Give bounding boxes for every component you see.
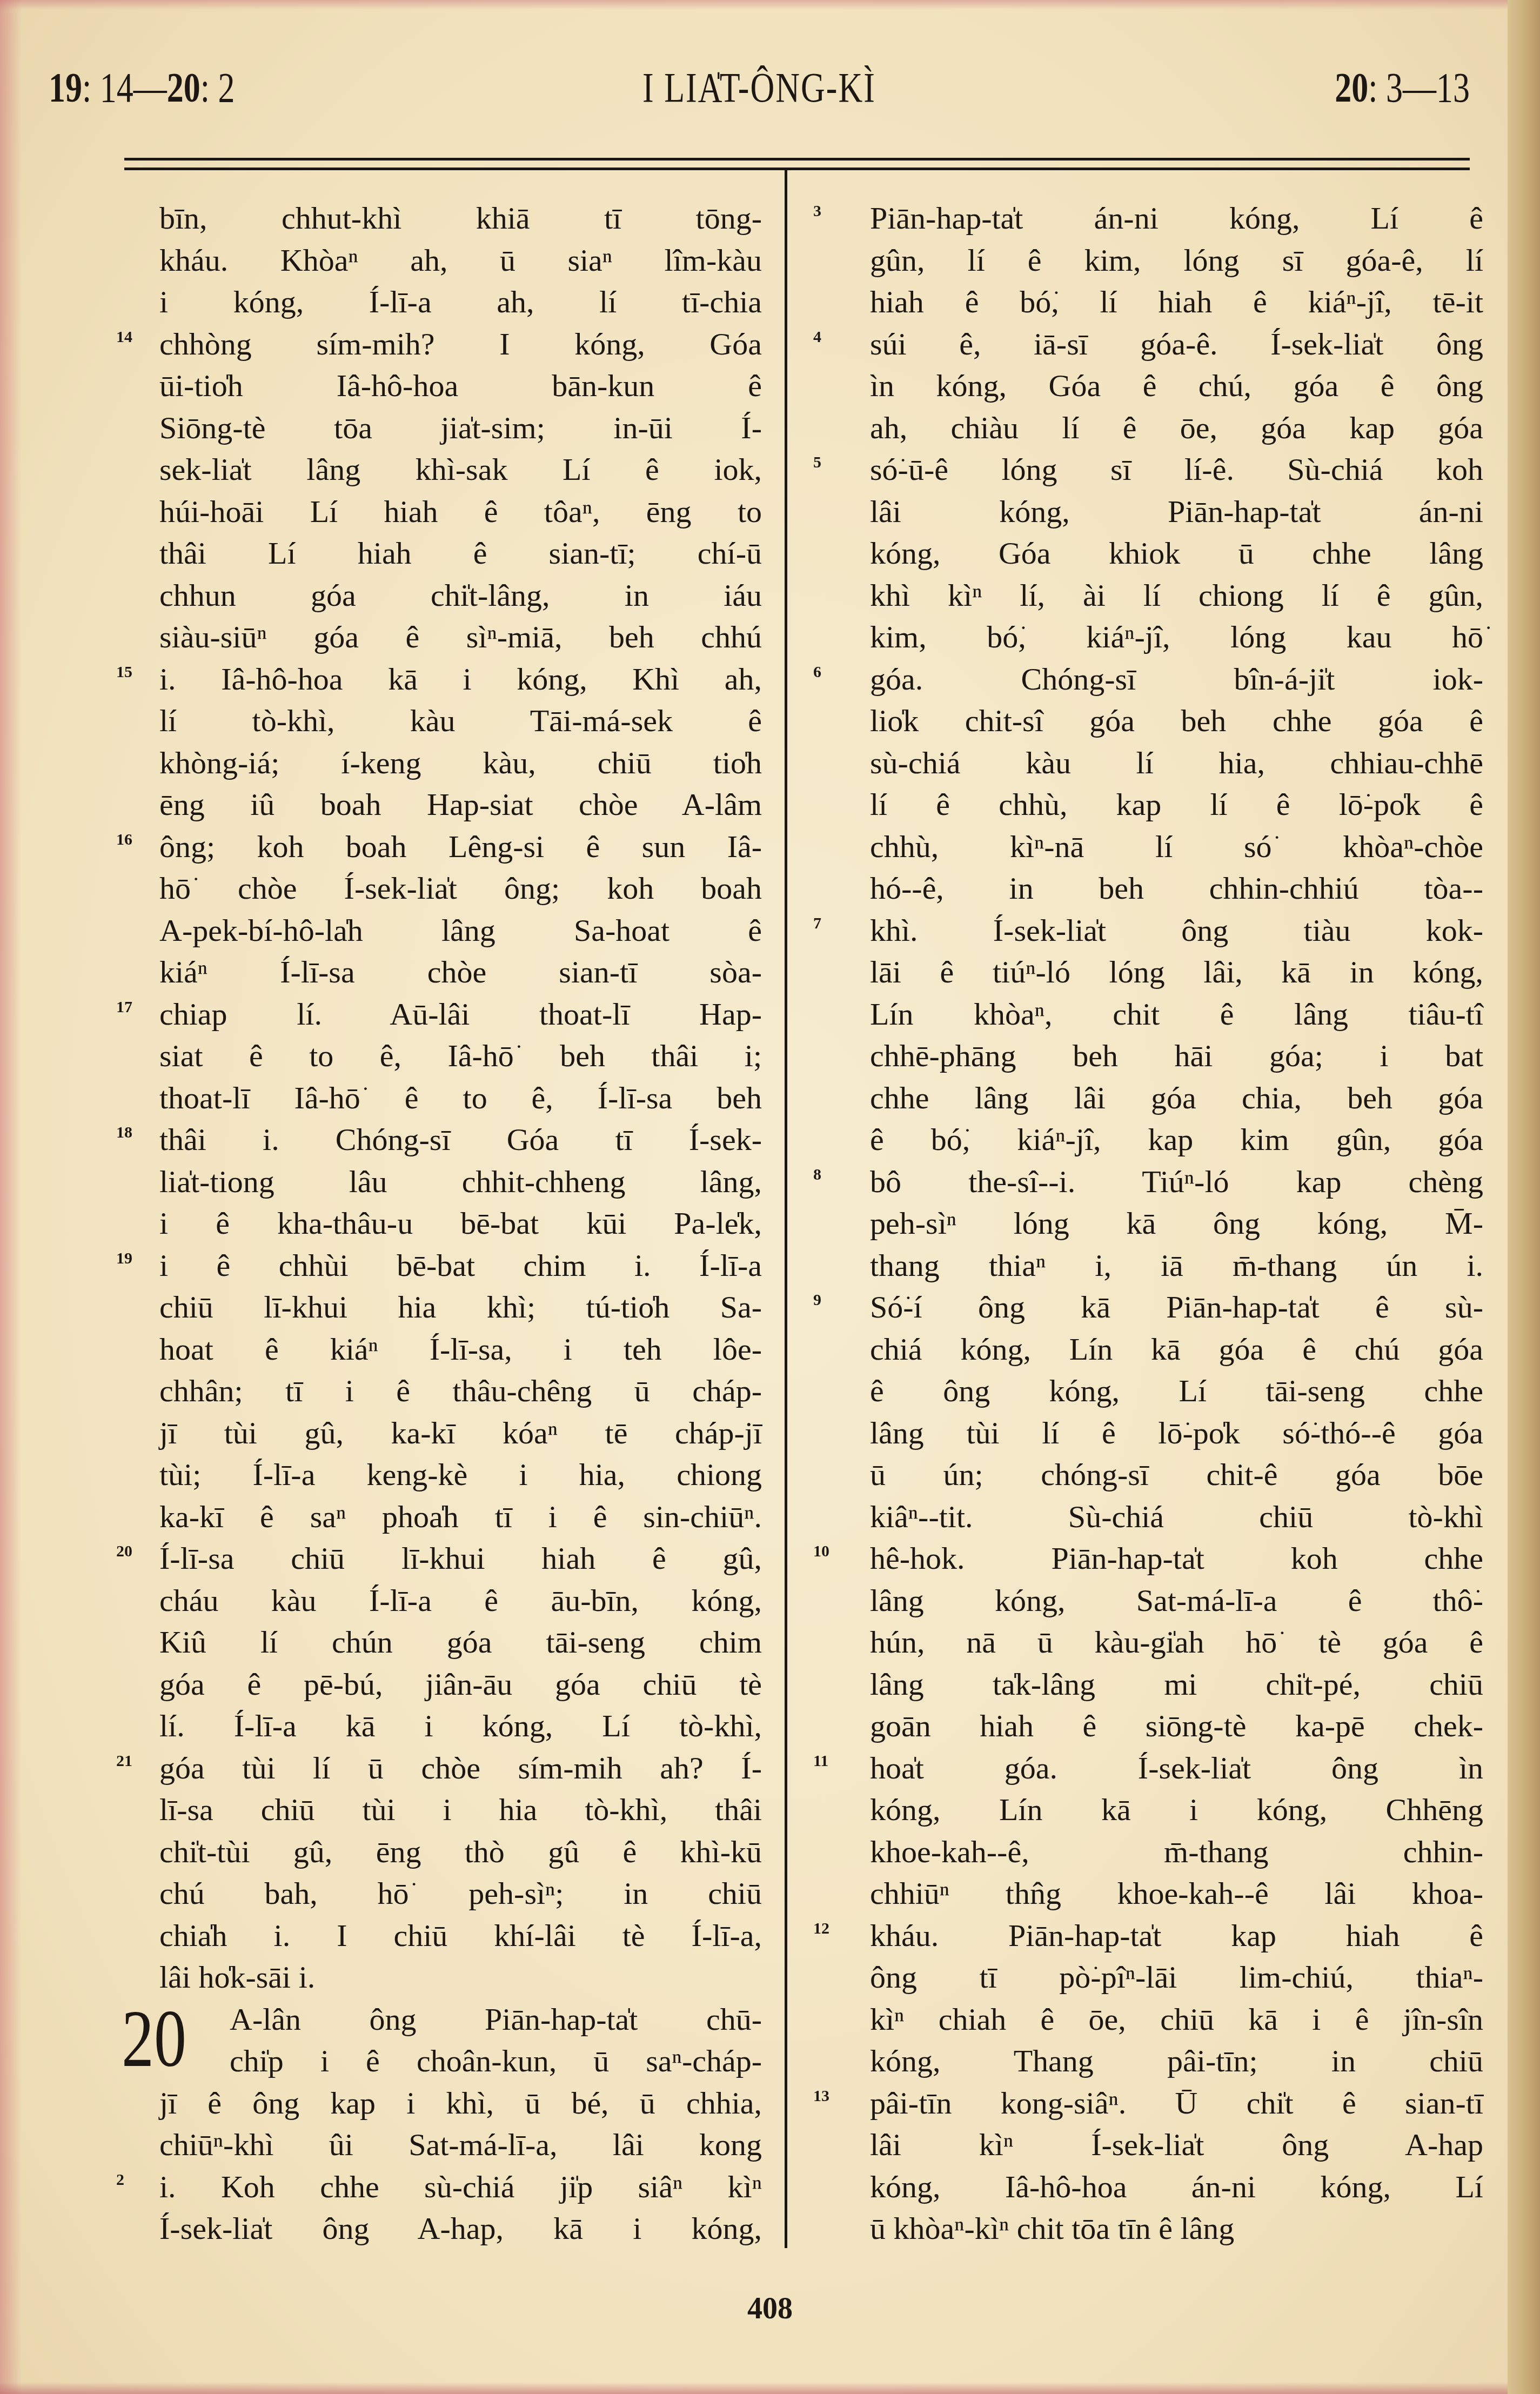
header-right-reference: 20: 3—13 bbox=[1335, 54, 1470, 122]
text-line: ah, chiàu lí ê ōe, góa kap góa bbox=[870, 407, 1483, 449]
line-text: lāi ê tiúⁿ-ló lóng lâi, kā in kóng, bbox=[870, 954, 1483, 989]
line-text: sù-chiá kàu lí hia, chhiau-chhē bbox=[870, 745, 1483, 780]
line-text: só͘-ū-ê lóng sī lí-ê. Sù-chiá koh bbox=[870, 452, 1483, 487]
text-line: Í-sek-lia̍t ông A-hap, kā i kóng, bbox=[159, 2208, 762, 2250]
line-text: hó--ê, in beh chhin-chhiú tòa-- bbox=[870, 871, 1483, 906]
line-text: chi̍p i ê choân-kun, ū saⁿ-cháp- bbox=[230, 2043, 762, 2078]
line-text: chú bah, hō͘ peh-sìⁿ; in chiū bbox=[159, 1876, 762, 1911]
line-text: tùi; Í-lī-a keng-kè i hia, chiong bbox=[159, 1457, 762, 1492]
text-line: 18thâi i. Chóng-sī Góa tī Í-sek- bbox=[159, 1119, 762, 1161]
line-text: chia̍h i. I chiū khí-lâi tè Í-lī-a, bbox=[159, 1918, 762, 1953]
page-edge-top bbox=[0, 0, 1540, 10]
line-text: bô the-sî--i. Tiúⁿ-ló kap chèng bbox=[870, 1164, 1483, 1199]
line-text: chiá kóng, Lín kā góa ê chú góa bbox=[870, 1332, 1483, 1367]
line-text: Só͘-í ông kā Piān-hap-ta̍t ê sù- bbox=[870, 1289, 1483, 1325]
line-text: Í-lī-sa chiū lī-khui hiah ê gû, bbox=[159, 1541, 762, 1576]
line-text: bīn, chhut-khì khiā tī tōng- bbox=[159, 200, 762, 236]
line-text: lâng kóng, Sat-má-lī-a ê thô͘- bbox=[870, 1583, 1483, 1618]
line-text: khòng-iá; í-keng kàu, chiū tio̍h bbox=[159, 745, 762, 780]
text-line: chhe lâng lâi góa chia, beh góa bbox=[870, 1077, 1483, 1119]
line-text: ê bó͘, kiáⁿ-jî, kap kim gûn, góa bbox=[870, 1122, 1483, 1157]
line-text: chiūⁿ-khì ûi Sat-má-lī-a, lâi kong bbox=[159, 2127, 762, 2162]
line-text: lâng ta̍k-lâng mi chi̍t-pé, chiū bbox=[870, 1667, 1483, 1702]
text-line: lī-sa chiū tùi i hia tò-khì, thâi bbox=[159, 1789, 762, 1831]
text-line: lio̍k chit-sî góa beh chhe góa ê bbox=[870, 700, 1483, 742]
text-line: 2i. Koh chhe sù-chiá ji̍p siâⁿ kìⁿ bbox=[159, 2166, 762, 2208]
text-line: 14chhòng sím-mih? I kóng, Góa bbox=[159, 323, 762, 365]
line-text: Kiû lí chún góa tāi-seng chim bbox=[159, 1624, 762, 1660]
line-text: kìⁿ chiah ê ōe, chiū kā i ê jîn-sîn bbox=[870, 2002, 1483, 2037]
line-text: lâi kìⁿ Í-sek-lia̍t ông A-hap bbox=[870, 2127, 1483, 2162]
line-text: thâi Lí hiah ê sian-tī; chí-ū bbox=[159, 536, 762, 571]
text-line: chhân; tī i ê thâu-chêng ū cháp- bbox=[159, 1370, 762, 1412]
text-line: Lín khòaⁿ, chit ê lâng tiâu-tî bbox=[870, 993, 1483, 1035]
text-line: 9Só͘-í ông kā Piān-hap-ta̍t ê sù- bbox=[870, 1286, 1483, 1328]
text-line: lâi ho̍k-sāi i. bbox=[159, 1956, 762, 1998]
text-line: 21góa tùi lí ū chòe sím-mih ah? Í- bbox=[159, 1747, 762, 1789]
text-line: kóng, Iâ-hô-hoa án-ni kóng, Lí bbox=[870, 2166, 1483, 2208]
text-line: chhù, kìⁿ-nā lí só͘ khòaⁿ-chòe bbox=[870, 826, 1483, 868]
line-text: gûn, lí ê kim, lóng sī góa-ê, lí bbox=[870, 243, 1483, 278]
verse-number: 7 bbox=[813, 913, 821, 934]
line-text: khì. Í-sek-lia̍t ông tiàu kok- bbox=[870, 913, 1483, 948]
line-text: kóng, Iâ-hô-hoa án-ni kóng, Lí bbox=[870, 2169, 1483, 2204]
text-line: Siōng-tè tōa jia̍t-sim; in-ūi Í- bbox=[159, 407, 762, 449]
line-text: i. Koh chhe sù-chiá ji̍p siâⁿ kìⁿ bbox=[159, 2169, 762, 2204]
line-text: lia̍t-tiong lâu chhit-chheng lâng, bbox=[159, 1164, 762, 1199]
line-text: hê-hok. Piān-hap-ta̍t koh chhe bbox=[870, 1541, 1483, 1576]
text-line: góa ê pē-bú, jiân-āu góa chiū tè bbox=[159, 1663, 762, 1706]
line-text: ông tī pò͘-pîⁿ-lāi lim-chiú, thiaⁿ- bbox=[870, 1960, 1483, 1995]
text-line: lí ê chhù, kap lí ê lō͘-po̍k ê bbox=[870, 784, 1483, 826]
text-line: 10hê-hok. Piān-hap-ta̍t koh chhe bbox=[870, 1537, 1483, 1580]
text-line: lí tò-khì, kàu Tāi-má-sek ê bbox=[159, 700, 762, 742]
text-line: 13pâi-tīn kong-siâⁿ. Ū chi̍t ê sian-tī bbox=[870, 2082, 1483, 2124]
text-line: lâng kóng, Sat-má-lī-a ê thô͘- bbox=[870, 1580, 1483, 1622]
text-line: chú bah, hō͘ peh-sìⁿ; in chiū bbox=[159, 1873, 762, 1915]
text-line: chiūⁿ-khì ûi Sat-má-lī-a, lâi kong bbox=[159, 2124, 762, 2166]
header-right-chapter: 20 bbox=[1335, 65, 1368, 111]
text-line: bīn, chhut-khì khiā tī tōng- bbox=[159, 197, 762, 239]
text-line: siat ê to ê, Iâ-hō͘ beh thâi i; bbox=[159, 1035, 762, 1077]
line-text: A-lân ông Piān-hap-ta̍t chū- bbox=[230, 2002, 762, 2037]
header-rule-top bbox=[124, 158, 1470, 161]
book-title: I LIA̍T-ÔNG-KÌ bbox=[49, 54, 1470, 122]
line-text: sek-lia̍t lâng khì-sak Lí ê iok, bbox=[159, 452, 762, 487]
line-text: Lín khòaⁿ, chit ê lâng tiâu-tî bbox=[870, 997, 1483, 1032]
line-text: ah, chiàu lí ê ōe, góa kap góa bbox=[870, 410, 1483, 445]
text-line: 8bô the-sî--i. Tiúⁿ-ló kap chèng bbox=[870, 1161, 1483, 1203]
line-text: chhân; tī i ê thâu-chêng ū cháp- bbox=[159, 1373, 762, 1408]
line-text: Piān-hap-ta̍t án-ni kóng, Lí ê bbox=[870, 200, 1483, 236]
text-line: 5só͘-ū-ê lóng sī lí-ê. Sù-chiá koh bbox=[870, 449, 1483, 491]
text-line: jī tùi gû, ka-kī kóaⁿ tē cháp-jī bbox=[159, 1412, 762, 1454]
text-line: lí. Í-lī-a kā i kóng, Lí tò-khì, bbox=[159, 1705, 762, 1747]
text-line: kóng, Góa khiok ū chhe lâng bbox=[870, 532, 1483, 574]
text-line: jī ê ông kap i khì, ū bé, ū chhia, bbox=[159, 2082, 762, 2124]
line-text: lâi ho̍k-sāi i. bbox=[159, 1960, 315, 1995]
verse-number: 8 bbox=[813, 1164, 821, 1186]
line-text: kháu. Piān-hap-ta̍t kap hiah ê bbox=[870, 1918, 1483, 1953]
line-text: chhe lâng lâi góa chia, beh góa bbox=[870, 1080, 1483, 1115]
line-text: pâi-tīn kong-siâⁿ. Ū chi̍t ê sian-tī bbox=[870, 2085, 1483, 2121]
line-text: hún, nā ū kàu-gi̍ah hō͘ tè góa ê bbox=[870, 1624, 1483, 1660]
line-text: góa tùi lí ū chòe sím-mih ah? Í- bbox=[159, 1750, 762, 1786]
line-text: kóng, Lín kā i kóng, Chhēng bbox=[870, 1792, 1483, 1827]
text-line: chiá kóng, Lín kā góa ê chú góa bbox=[870, 1328, 1483, 1370]
line-text: súi ê, iā-sī góa-ê. Í-sek-lia̍t ông bbox=[870, 326, 1483, 362]
line-text: ka-kī ê saⁿ phoa̍h tī i ê sin-chiūⁿ. bbox=[159, 1499, 762, 1534]
text-line: ka-kī ê saⁿ phoa̍h tī i ê sin-chiūⁿ. bbox=[159, 1496, 762, 1538]
line-text: ìn kóng, Góa ê chú, góa ê ông bbox=[870, 368, 1483, 403]
verse-number: 6 bbox=[813, 661, 821, 683]
text-line: chi̍p i ê choân-kun, ū saⁿ-cháp- bbox=[159, 2040, 762, 2082]
text-line: 6góa. Chóng-sī bîn-á-ji̍t iok- bbox=[870, 658, 1483, 700]
right-text-column: 3Piān-hap-ta̍t án-ni kóng, Lí êgûn, lí ê… bbox=[870, 197, 1483, 2250]
line-text: cháu kàu Í-lī-a ê āu-bīn, kóng, bbox=[159, 1583, 762, 1618]
line-text: thâi i. Chóng-sī Góa tī Í-sek- bbox=[159, 1122, 762, 1157]
line-text: chhòng sím-mih? I kóng, Góa bbox=[159, 326, 762, 362]
line-text: i kóng, Í-lī-a ah, lí tī-chia bbox=[159, 284, 762, 319]
text-line: 7khì. Í-sek-lia̍t ông tiàu kok- bbox=[870, 910, 1483, 952]
text-line: sek-lia̍t lâng khì-sak Lí ê iok, bbox=[159, 449, 762, 491]
line-text: kim, bó͘, kiáⁿ-jî, lóng kau hō͘ bbox=[870, 619, 1483, 654]
verse-number: 3 bbox=[813, 200, 821, 222]
text-line: kiáⁿ Í-lī-sa chòe sian-tī sòa- bbox=[159, 951, 762, 993]
line-text: goān hiah ê siōng-tè ka-pē chek- bbox=[870, 1708, 1483, 1743]
verse-number: 5 bbox=[813, 452, 821, 473]
text-line: ū ún; chóng-sī chit-ê góa bōe bbox=[870, 1454, 1483, 1496]
verse-number: 19 bbox=[116, 1248, 132, 1269]
verse-number: 16 bbox=[116, 829, 132, 851]
line-text: ēng iû boah Hap-siat chòe A-lâm bbox=[159, 787, 762, 822]
chapter-20-block: 20A-lân ông Piān-hap-ta̍t chū-chi̍p i ê … bbox=[159, 1998, 762, 2250]
text-line: hoat ê kiáⁿ Í-lī-sa, i teh lôe- bbox=[159, 1328, 762, 1370]
verse-number: 17 bbox=[116, 997, 132, 1018]
text-line: 11hoa̍t góa. Í-sek-lia̍t ông ìn bbox=[870, 1747, 1483, 1789]
line-text: i. Iâ-hô-hoa kā i kóng, Khì ah, bbox=[159, 661, 762, 697]
page-edge-left bbox=[0, 0, 22, 2394]
line-text: chiap lí. Aū-lâi thoat-lī Hap- bbox=[159, 997, 762, 1032]
text-line: chhun góa chi̍t-lâng, in iáu bbox=[159, 574, 762, 617]
line-text: chhē-phāng beh hāi góa; i bat bbox=[870, 1038, 1483, 1073]
text-line: lāi ê tiúⁿ-ló lóng lâi, kā in kóng, bbox=[870, 951, 1483, 993]
text-line: chhē-phāng beh hāi góa; i bat bbox=[870, 1035, 1483, 1077]
text-line: 17chiap lí. Aū-lâi thoat-lī Hap- bbox=[159, 993, 762, 1035]
book-gutter bbox=[1508, 0, 1540, 2394]
text-line: chi̍t-tùi gû, ēng thò gû ê khì-kū bbox=[159, 1831, 762, 1873]
line-text: kóng, Thang pâi-tīn; in chiū bbox=[870, 2043, 1483, 2078]
line-text: hiah ê bó͘, lí hiah ê kiáⁿ-jî, tē-it bbox=[870, 284, 1483, 319]
line-text: ū khòaⁿ-kìⁿ chit tōa tīn ê lâng bbox=[870, 2211, 1234, 2246]
verse-number: 10 bbox=[813, 1541, 829, 1562]
text-line: ū khòaⁿ-kìⁿ chit tōa tīn ê lâng bbox=[870, 2208, 1483, 2250]
verse-number: 4 bbox=[813, 326, 821, 348]
line-text: chi̍t-tùi gû, ēng thò gû ê khì-kū bbox=[159, 1834, 762, 1869]
line-text: kháu. Khòaⁿ ah, ū siaⁿ lîm-kàu bbox=[159, 243, 762, 278]
verse-number: 21 bbox=[116, 1750, 132, 1772]
text-line: kóng, Lín kā i kóng, Chhēng bbox=[870, 1789, 1483, 1831]
text-line: húi-hoāi Lí hiah ê tôaⁿ, ēng to bbox=[159, 491, 762, 533]
text-line: gûn, lí ê kim, lóng sī góa-ê, lí bbox=[870, 239, 1483, 282]
line-text: góa ê pē-bú, jiân-āu góa chiū tè bbox=[159, 1667, 762, 1702]
verse-number: 11 bbox=[813, 1750, 828, 1772]
line-text: chiū lī-khui hia khì; tú-tio̍h Sa- bbox=[159, 1289, 762, 1325]
text-line: cháu kàu Í-lī-a ê āu-bīn, kóng, bbox=[159, 1580, 762, 1622]
text-line: i kóng, Í-lī-a ah, lí tī-chia bbox=[159, 281, 762, 323]
text-line: hún, nā ū kàu-gi̍ah hō͘ tè góa ê bbox=[870, 1621, 1483, 1663]
text-line: thang thiaⁿ i, iā m̄-thang ún i. bbox=[870, 1245, 1483, 1287]
text-line: chia̍h i. I chiū khí-lâi tè Í-lī-a, bbox=[159, 1915, 762, 1957]
line-text: ū ún; chóng-sī chit-ê góa bōe bbox=[870, 1457, 1483, 1492]
line-text: lâi kóng, Piān-hap-ta̍t án-ni bbox=[870, 494, 1483, 529]
line-text: kiâⁿ--tit. Sù-chiá chiū tò-khì bbox=[870, 1499, 1483, 1534]
text-line: kóng, Thang pâi-tīn; in chiū bbox=[870, 2040, 1483, 2082]
text-line: hiah ê bó͘, lí hiah ê kiáⁿ-jî, tē-it bbox=[870, 281, 1483, 323]
line-text: jī tùi gû, ka-kī kóaⁿ tē cháp-jī bbox=[159, 1415, 762, 1450]
line-text: siàu-siūⁿ góa ê sìⁿ-miā, beh chhú bbox=[159, 619, 762, 654]
text-line: peh-sìⁿ lóng kā ông kóng, M̄- bbox=[870, 1202, 1483, 1245]
line-text: lio̍k chit-sî góa beh chhe góa ê bbox=[870, 703, 1483, 738]
text-line: khòng-iá; í-keng kàu, chiū tio̍h bbox=[159, 742, 762, 784]
text-line: lâng tùi lí ê lō͘-po̍k só͘-thó--ê góa bbox=[870, 1412, 1483, 1454]
text-line: kim, bó͘, kiáⁿ-jî, lóng kau hō͘ bbox=[870, 616, 1483, 658]
book-page: 19: 14—20: 2 I LIA̍T-ÔNG-KÌ 20: 3—13 bīn… bbox=[0, 0, 1540, 2394]
text-line: A-lân ông Piān-hap-ta̍t chū- bbox=[159, 1998, 762, 2041]
line-text: lí ê chhù, kap lí ê lō͘-po̍k ê bbox=[870, 787, 1483, 822]
text-line: 12kháu. Piān-hap-ta̍t kap hiah ê bbox=[870, 1915, 1483, 1957]
text-line: Kiû lí chún góa tāi-seng chim bbox=[159, 1621, 762, 1663]
verse-number: 18 bbox=[116, 1122, 132, 1143]
text-line: kháu. Khòaⁿ ah, ū siaⁿ lîm-kàu bbox=[159, 239, 762, 282]
text-line: ēng iû boah Hap-siat chòe A-lâm bbox=[159, 784, 762, 826]
line-text: lí tò-khì, kàu Tāi-má-sek ê bbox=[159, 703, 762, 738]
verse-number: 2 bbox=[116, 2169, 124, 2191]
line-text: Í-sek-lia̍t ông A-hap, kā i kóng, bbox=[159, 2211, 762, 2246]
header-right-verses: : 3—13 bbox=[1368, 65, 1470, 111]
line-text: chhù, kìⁿ-nā lí só͘ khòaⁿ-chòe bbox=[870, 829, 1483, 864]
line-text: hō͘ chòe Í-sek-lia̍t ông; koh boah bbox=[159, 871, 762, 906]
line-text: ūi-tio̍h Iâ-hô-hoa bān-kun ê bbox=[159, 368, 762, 403]
line-text: jī ê ông kap i khì, ū bé, ū chhia, bbox=[159, 2085, 762, 2121]
verse-number: 14 bbox=[116, 326, 132, 348]
line-text: kiáⁿ Í-lī-sa chòe sian-tī sòa- bbox=[159, 954, 762, 989]
line-text: lī-sa chiū tùi i hia tò-khì, thâi bbox=[159, 1792, 762, 1827]
verse-number: 9 bbox=[813, 1289, 821, 1311]
line-text: lâng tùi lí ê lō͘-po̍k só͘-thó--ê góa bbox=[870, 1415, 1483, 1450]
text-line: kìⁿ chiah ê ōe, chiū kā i ê jîn-sîn bbox=[870, 1998, 1483, 2041]
text-line: sù-chiá kàu lí hia, chhiau-chhē bbox=[870, 742, 1483, 784]
line-text: chhiūⁿ thn̂g khoe-kah--ê lâi khoa- bbox=[870, 1876, 1483, 1911]
text-line: 4súi ê, iā-sī góa-ê. Í-sek-lia̍t ông bbox=[870, 323, 1483, 365]
line-text: góa. Chóng-sī bîn-á-ji̍t iok- bbox=[870, 661, 1483, 697]
line-text: thang thiaⁿ i, iā m̄-thang ún i. bbox=[870, 1248, 1483, 1283]
line-text: ê ông kóng, Lí tāi-seng chhe bbox=[870, 1373, 1483, 1408]
text-line: lâi kìⁿ Í-sek-lia̍t ông A-hap bbox=[870, 2124, 1483, 2166]
text-line: 3Piān-hap-ta̍t án-ni kóng, Lí ê bbox=[870, 197, 1483, 239]
line-text: A-pek-bí-hô-la̍h lâng Sa-hoat ê bbox=[159, 913, 762, 948]
line-text: húi-hoāi Lí hiah ê tôaⁿ, ēng to bbox=[159, 494, 762, 529]
line-text: ông; koh boah Lêng-si ê sun Iâ- bbox=[159, 829, 762, 864]
line-text: khì kìⁿ lí, ài lí chiong lí ê gûn, bbox=[870, 578, 1483, 613]
text-line: thâi Lí hiah ê sian-tī; chí-ū bbox=[159, 532, 762, 574]
header-rule-bottom bbox=[124, 168, 1470, 170]
text-line: 20Í-lī-sa chiū lī-khui hiah ê gû, bbox=[159, 1537, 762, 1580]
text-line: 16ông; koh boah Lêng-si ê sun Iâ- bbox=[159, 826, 762, 868]
verse-number: 12 bbox=[813, 1918, 829, 1940]
line-text: i ê chhùi bē-bat chim i. Í-lī-a bbox=[159, 1248, 762, 1283]
text-line: thoat-lī Iâ-hō͘ ê to ê, Í-lī-sa beh bbox=[159, 1077, 762, 1119]
text-line: ê bó͘, kiáⁿ-jî, kap kim gûn, góa bbox=[870, 1119, 1483, 1161]
text-line: hō͘ chòe Í-sek-lia̍t ông; koh boah bbox=[159, 867, 762, 910]
text-line: khoe-kah--ê, m̄-thang chhin- bbox=[870, 1831, 1483, 1873]
text-line: kiâⁿ--tit. Sù-chiá chiū tò-khì bbox=[870, 1496, 1483, 1538]
line-text: Siōng-tè tōa jia̍t-sim; in-ūi Í- bbox=[159, 410, 762, 445]
text-line: lâi kóng, Piān-hap-ta̍t án-ni bbox=[870, 491, 1483, 533]
verse-number: 13 bbox=[813, 2085, 829, 2107]
text-line: ìn kóng, Góa ê chú, góa ê ông bbox=[870, 365, 1483, 407]
text-line: hó--ê, in beh chhin-chhiú tòa-- bbox=[870, 867, 1483, 910]
line-text: hoat ê kiáⁿ Í-lī-sa, i teh lôe- bbox=[159, 1332, 762, 1367]
line-text: khoe-kah--ê, m̄-thang chhin- bbox=[870, 1834, 1483, 1869]
text-line: lâng ta̍k-lâng mi chi̍t-pé, chiū bbox=[870, 1663, 1483, 1706]
line-text: lí. Í-lī-a kā i kóng, Lí tò-khì, bbox=[159, 1708, 762, 1743]
text-line: khì kìⁿ lí, ài lí chiong lí ê gûn, bbox=[870, 574, 1483, 617]
text-line: lia̍t-tiong lâu chhit-chheng lâng, bbox=[159, 1161, 762, 1203]
page-edge-bottom bbox=[0, 2382, 1540, 2394]
verse-number: 20 bbox=[116, 1541, 132, 1562]
line-text: hoa̍t góa. Í-sek-lia̍t ông ìn bbox=[870, 1750, 1483, 1786]
text-line: 19i ê chhùi bē-bat chim i. Í-lī-a bbox=[159, 1245, 762, 1287]
text-line: goān hiah ê siōng-tè ka-pē chek- bbox=[870, 1705, 1483, 1747]
text-line: siàu-siūⁿ góa ê sìⁿ-miā, beh chhú bbox=[159, 616, 762, 658]
text-line: 15i. Iâ-hô-hoa kā i kóng, Khì ah, bbox=[159, 658, 762, 700]
text-line: ông tī pò͘-pîⁿ-lāi lim-chiú, thiaⁿ- bbox=[870, 1956, 1483, 1998]
text-line: ūi-tio̍h Iâ-hô-hoa bān-kun ê bbox=[159, 365, 762, 407]
text-line: ê ông kóng, Lí tāi-seng chhe bbox=[870, 1370, 1483, 1412]
column-divider bbox=[785, 168, 787, 2248]
text-line: chhiūⁿ thn̂g khoe-kah--ê lâi khoa- bbox=[870, 1873, 1483, 1915]
text-line: tùi; Í-lī-a keng-kè i hia, chiong bbox=[159, 1454, 762, 1496]
page-number: 408 bbox=[0, 2291, 1540, 2326]
text-line: chiū lī-khui hia khì; tú-tio̍h Sa- bbox=[159, 1286, 762, 1328]
left-text-column: bīn, chhut-khì khiā tī tōng-kháu. Khòaⁿ … bbox=[159, 197, 762, 2250]
verse-number: 15 bbox=[116, 661, 132, 683]
line-text: i ê kha-thâu-u bē-bat kūi Pa-le̍k, bbox=[159, 1206, 762, 1241]
line-text: siat ê to ê, Iâ-hō͘ beh thâi i; bbox=[159, 1038, 762, 1073]
line-text: kóng, Góa khiok ū chhe lâng bbox=[870, 536, 1483, 571]
text-line: A-pek-bí-hô-la̍h lâng Sa-hoat ê bbox=[159, 910, 762, 952]
line-text: chhun góa chi̍t-lâng, in iáu bbox=[159, 578, 762, 613]
text-line: i ê kha-thâu-u bē-bat kūi Pa-le̍k, bbox=[159, 1202, 762, 1245]
running-header: 19: 14—20: 2 I LIA̍T-ÔNG-KÌ 20: 3—13 bbox=[49, 54, 1470, 108]
line-text: thoat-lī Iâ-hō͘ ê to ê, Í-lī-sa beh bbox=[159, 1080, 762, 1115]
line-text: peh-sìⁿ lóng kā ông kóng, M̄- bbox=[870, 1206, 1483, 1241]
